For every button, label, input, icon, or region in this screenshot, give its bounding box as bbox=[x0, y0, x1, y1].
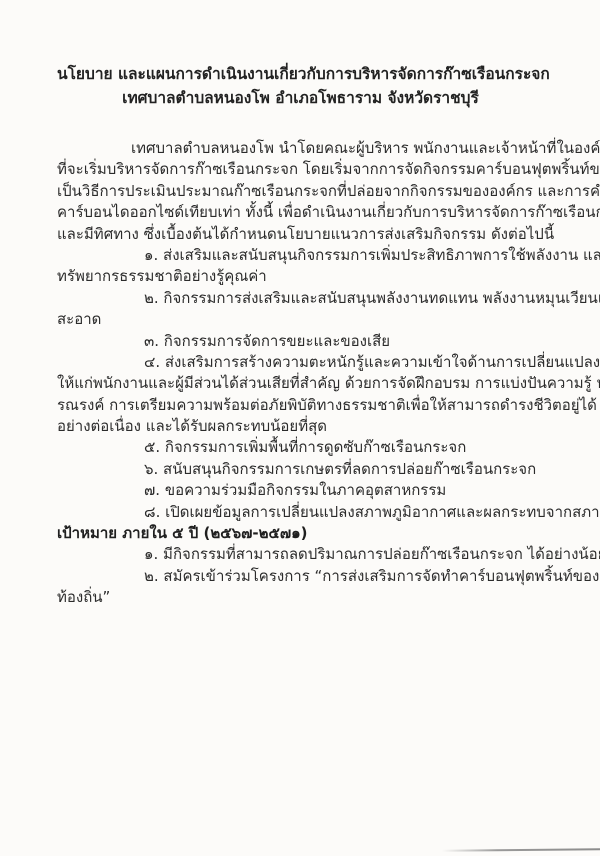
intro-line-1: เทศบาลตำบลหนองโพ นำโดยคณะผู้บริหาร พนักง… bbox=[57, 138, 544, 159]
intro-line-3: เป็นวิธีการประเมินประมาณก๊าซเรือนกระจกที… bbox=[57, 181, 544, 202]
document-content: นโยบาย และแผนการดำเนินงานเกี่ยวกับการบริ… bbox=[57, 62, 544, 609]
policy-item-3-line-1: ๓. กิจกรรมการจัดการขยะและของเสีย bbox=[57, 331, 544, 352]
policy-item-4-line-4: อย่างต่อเนื่อง และได้รับผลกระทบน้อยที่สุ… bbox=[57, 416, 544, 437]
goals-heading: เป้าหมาย ภายใน ๕ ปี (๒๕๖๗-๒๕๗๑) bbox=[57, 523, 544, 544]
policy-item-2-line-2: สะอาด bbox=[57, 309, 544, 330]
policy-item-4-line-1: ๔. ส่งเสริมการสร้างความตะหนักรู้และความเ… bbox=[57, 352, 544, 373]
document-title: นโยบาย และแผนการดำเนินงานเกี่ยวกับการบริ… bbox=[57, 62, 544, 110]
document-title-line1: นโยบาย และแผนการดำเนินงานเกี่ยวกับการบริ… bbox=[57, 62, 544, 86]
policy-item-4-line-3: รณรงค์ การเตรียมความพร้อมต่อภัยพิบัติทาง… bbox=[57, 395, 544, 416]
goal-item-2-line-1: ๒. สมัครเข้าร่วมโครงการ “การส่งเสริมการจ… bbox=[57, 566, 544, 587]
policy-item-4-line-2: ให้แก่พนักงานและผู้มีส่วนได้ส่วนเสียที่ส… bbox=[57, 373, 544, 394]
scanned-document-page: นโยบาย และแผนการดำเนินงานเกี่ยวกับการบริ… bbox=[0, 0, 600, 856]
intro-line-5: และมีทิศทาง ซึ่งเบื้องต้นได้กำหนดนโยบายแ… bbox=[57, 224, 544, 245]
policy-item-2-line-1: ๒. กิจกรรมการส่งเสริมและสนับสนุนพลังงานท… bbox=[57, 288, 544, 309]
document-body: เทศบาลตำบลหนองโพ นำโดยคณะผู้บริหาร พนักง… bbox=[57, 138, 544, 609]
goal-item-2-line-2: ท้องถิ่น” bbox=[57, 587, 544, 608]
scan-edge-artifact bbox=[442, 848, 600, 851]
intro-line-2: ที่จะเริ่มบริหารจัดการก๊าซเรือนกระจก โดย… bbox=[57, 159, 544, 180]
policy-item-7-line-1: ๗. ขอความร่วมมือกิจกรรมในภาคอุตสาหกรรม bbox=[57, 480, 544, 501]
intro-line-4: คาร์บอนไดออกไซด์เทียบเท่า ทั้งนี้ เพื่อด… bbox=[57, 202, 544, 223]
document-title-line2: เทศบาลตำบลหนองโพ อำเภอโพธาราม จังหวัดราช… bbox=[57, 86, 544, 110]
policy-item-5-line-1: ๕. กิจกรรมการเพิ่มพื้นที่การดูดซับก๊าซเร… bbox=[57, 437, 544, 458]
goal-item-1-line-1: ๑. มีกิจกรรมที่สามารถลดปริมาณการปล่อยก๊า… bbox=[57, 544, 544, 565]
policy-item-1-line-1: ๑. ส่งเสริมและสนับสนุนกิจกรรมการเพิ่มประ… bbox=[57, 245, 544, 266]
policy-item-6-line-1: ๖. สนับสนุนกิจกรรมการเกษตรที่ลดการปล่อยก… bbox=[57, 459, 544, 480]
policy-item-1-line-2: ทรัพยากรธรรมชาติอย่างรู้คุณค่า bbox=[57, 266, 544, 287]
policy-item-8-line-1: ๘. เปิดเผยข้อมูลการเปลี่ยนแปลงสภาพภูมิอา… bbox=[57, 502, 544, 523]
